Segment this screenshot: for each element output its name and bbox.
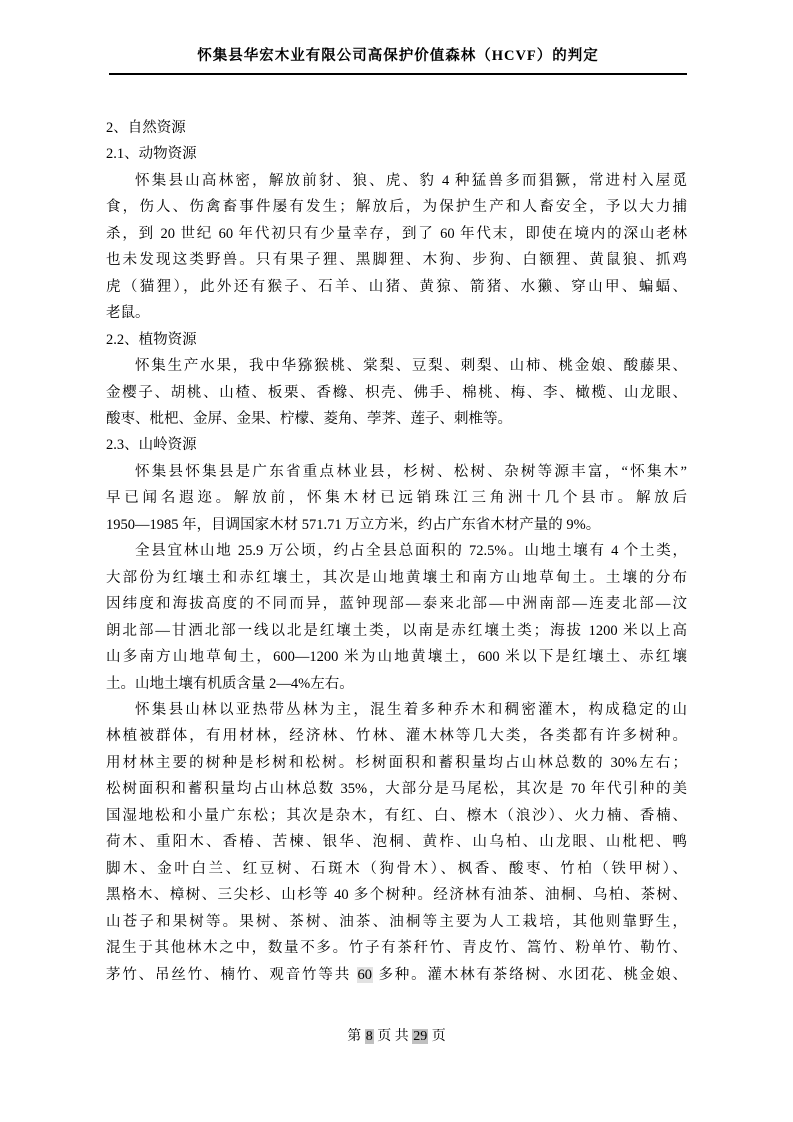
page-number-field: 29 (412, 1029, 428, 1044)
text-line: 怀集生产水果，我中华猕猴桃、棠梨、豆梨、刺梨、山柿、桃金娘、酸藤果、 (106, 353, 687, 379)
text-line: 食，伤人、伤禽畜事件屡有发生；解放后，为保护生产和人畜安全，予以大力捕 (106, 194, 687, 220)
text-line: 怀集县怀集县是广东省重点林业县，杉树、松树、杂树等源丰富，“怀集木” (106, 459, 687, 485)
inline-number-field: 60 (357, 967, 374, 983)
text-line: 土。山地土壤有机质含量 2—4%左右。 (106, 671, 687, 697)
document-body: 2、自然资源2.1、动物资源怀集县山高林密，解放前豺、狼、虎、豹 4 种猛兽多而… (106, 115, 687, 988)
footer-segment: 页 (428, 1029, 446, 1044)
page-number-field: 8 (365, 1029, 374, 1044)
text-line: 酸枣、枇杷、金屏、金果、柠檬、菱角、荸荠、莲子、刺椎等。 (106, 406, 687, 432)
section-heading: 2、自然资源 (106, 115, 687, 141)
section-heading: 2.3、山岭资源 (106, 432, 687, 458)
text-line: 黑格木、樟树、三尖杉、山杉等 40 多个树种。经济林有油茶、油桐、乌柏、茶树、 (106, 882, 687, 908)
text-line: 混生于其他林木之中，数量不多。竹子有茶秆竹、青皮竹、篙竹、粉单竹、勒竹、 (106, 935, 687, 961)
text-line: 因纬度和海拔高度的不同而异，蓝钟现部—泰来北部—中洲南部—连麦北部—汶 (106, 591, 687, 617)
text-line: 大部份为红壤土和赤红壤土，其次是山地黄壤土和南方山地草甸土。土壤的分布 (106, 565, 687, 591)
text-segment: 茅竹、吊丝竹、楠竹、观音竹等共 (106, 967, 357, 983)
text-line: 山苍子和果树等。果树、茶树、油茶、油桐等主要为人工栽培，其他则靠野生， (106, 909, 687, 935)
text-line: 怀集县山林以亚热带丛林为主，混生着多种乔木和稠密灌木，构成稳定的山 (106, 697, 687, 723)
page-footer: 第 8 页 共 29 页 (0, 1024, 793, 1050)
text-line: 脚木、金叶白兰、红豆树、石斑木（狗骨木）、枫香、酸枣、竹柏（铁甲树）、 (106, 856, 687, 882)
text-line: 怀集县山高林密，解放前豺、狼、虎、豹 4 种猛兽多而猖獗，常进村入屋觅 (106, 168, 687, 194)
text-line: 杀，到 20 世纪 60 年代初只有少量幸存，到了 60 年代末，即使在境内的深… (106, 221, 687, 247)
footer-text: 第 8 页 共 29 页 (347, 1029, 446, 1044)
text-line: 朗北部—甘洒北部一线以北是红壤土类，以南是赤红壤土类；海拔 1200 米以上高 (106, 618, 687, 644)
text-line: 虎（猫狸），此外还有猴子、石羊、山猪、黄猄、箭猪、水獭、穿山甲、蝙蝠、 (106, 274, 687, 300)
document-page: 怀集县华宏木业有限公司高保护价值森林（HCVF）的判定 2、自然资源2.1、动物… (0, 0, 793, 1122)
section-heading: 2.2、植物资源 (106, 327, 687, 353)
footer-segment: 页 共 (374, 1029, 413, 1044)
text-line: 山多南方山地草甸土，600—1200 米为山地黄壤土，600 米以下是红壤土、赤… (106, 644, 687, 670)
text-line: 全县宜林山地 25.9 万公顷，约占全县总面积的 72.5%。山地土壤有 4 个… (106, 538, 687, 564)
text-line: 也未发现这类野兽。只有果子狸、黑脚狸、木狗、步狗、白额狸、黄鼠狼、抓鸡 (106, 247, 687, 273)
text-line: 老鼠。 (106, 300, 687, 326)
text-line: 早已闻名遐迩。解放前，怀集木材已远销珠江三角洲十几个县市。解放后 (106, 485, 687, 511)
footer-segment: 第 (347, 1029, 365, 1044)
page-header: 怀集县华宏木业有限公司高保护价值森林（HCVF）的判定 (109, 46, 687, 75)
text-line: 松树面积和蓄积量均占山林总数 35%，大部分是马尾松，其次是 70 年代引种的美 (106, 776, 687, 802)
text-line: 林植被群体，有用材林，经济林、竹林、灌木林等几大类，各类都有许多树种。 (106, 723, 687, 749)
text-line: 荷木、重阳木、香椿、苦楝、银华、泡桐、黄柞、山乌柏、山龙眼、山枇杷、鸭 (106, 829, 687, 855)
text-segment: 多种。灌木林有茶络树、水团花、桃金娘、 (373, 967, 687, 983)
text-line: 国湿地松和小量广东松；其次是杂木，有红、白、檫木（浪沙）、火力楠、香楠、 (106, 803, 687, 829)
section-heading: 2.1、动物资源 (106, 141, 687, 167)
document-title: 怀集县华宏木业有限公司高保护价值森林（HCVF）的判定 (109, 46, 687, 66)
text-line: 用材林主要的树种是杉树和松树。杉树面积和蓄积量均占山林总数的 30%左右； (106, 750, 687, 776)
text-line: 茅竹、吊丝竹、楠竹、观音竹等共 60 多种。灌木林有茶络树、水团花、桃金娘、 (106, 962, 687, 988)
text-line: 金樱子、胡桃、山楂、板栗、香橼、枳壳、佛手、棉桃、梅、李、橄榄、山龙眼、 (106, 380, 687, 406)
text-line: 1950—1985 年，目调国家木材 571.71 万立方米，约占广东省木材产量… (106, 512, 687, 538)
